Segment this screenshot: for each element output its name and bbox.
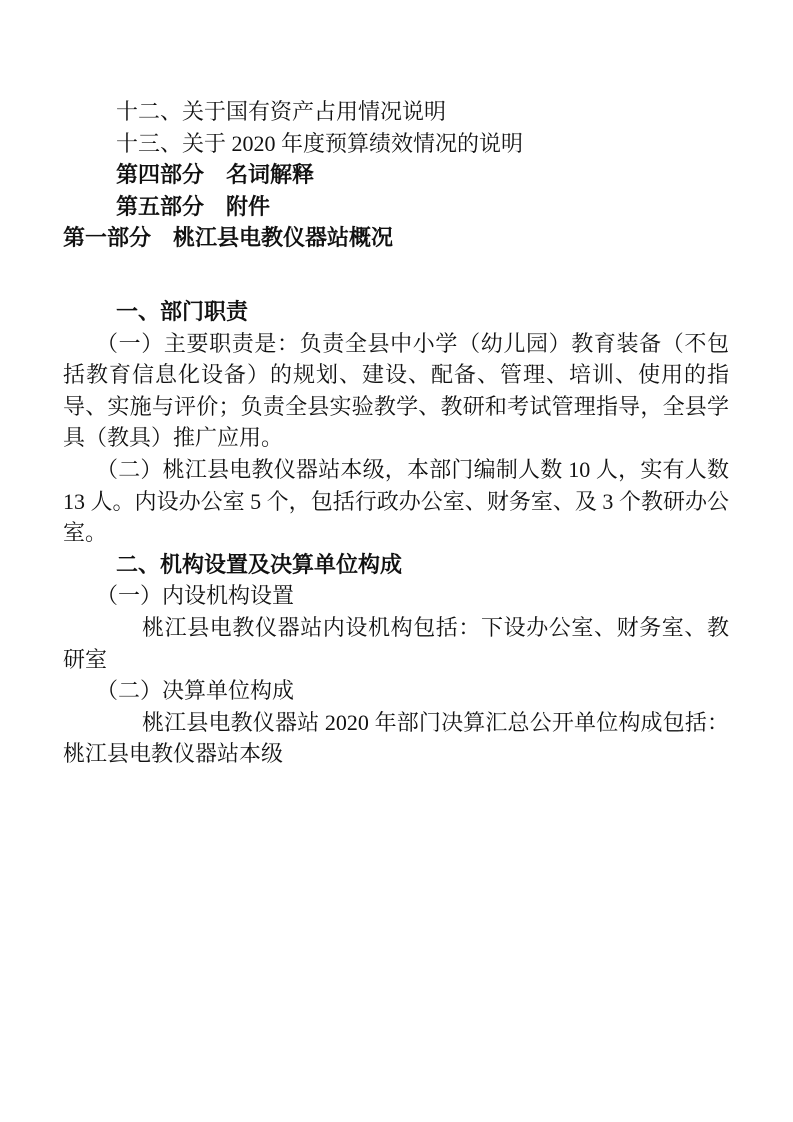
toc-item-13: 十三、关于 2020 年度预算绩效情况的说明 [63, 128, 729, 160]
paragraph-unit-composition-detail: 桃江县电教仪器站 2020 年部门决算汇总公开单位构成包括：桃江县电教仪器站本级 [63, 707, 729, 770]
toc-continuation: 十二、关于国有资产占用情况说明 十三、关于 2020 年度预算绩效情况的说明 第… [63, 96, 729, 222]
page-content: 十二、关于国有资产占用情况说明 十三、关于 2020 年度预算绩效情况的说明 第… [0, 0, 793, 770]
section-body: 一、部门职责 （一）主要职责是：负责全县中小学（幼儿园）教育装备（不包括教育信息… [63, 296, 729, 770]
paragraph-internal-setup-label: （一）内设机构设置 [63, 580, 729, 612]
section-title: 第一部分 桃江县电教仪器站概况 [63, 222, 729, 254]
toc-part-5-heading: 第五部分 附件 [63, 191, 729, 223]
document-page: 十二、关于国有资产占用情况说明 十三、关于 2020 年度预算绩效情况的说明 第… [0, 0, 793, 1122]
paragraph-staffing: （二）桃江县电教仪器站本级，本部门编制人数 10 人，实有人数 13 人。内设办… [63, 454, 729, 549]
paragraph-internal-setup-detail: 桃江县电教仪器站内设机构包括：下设办公室、财务室、教研室 [63, 612, 729, 675]
paragraph-main-duties: （一）主要职责是：负责全县中小学（幼儿园）教育装备（不包括教育信息化设备）的规划… [63, 328, 729, 454]
toc-item-12: 十二、关于国有资产占用情况说明 [63, 96, 729, 128]
heading-org-structure: 二、机构设置及决算单位构成 [63, 549, 729, 581]
paragraph-unit-composition-label: （二）决算单位构成 [63, 675, 729, 707]
toc-part-4-heading: 第四部分 名词解释 [63, 159, 729, 191]
heading-department-duties: 一、部门职责 [63, 296, 729, 328]
